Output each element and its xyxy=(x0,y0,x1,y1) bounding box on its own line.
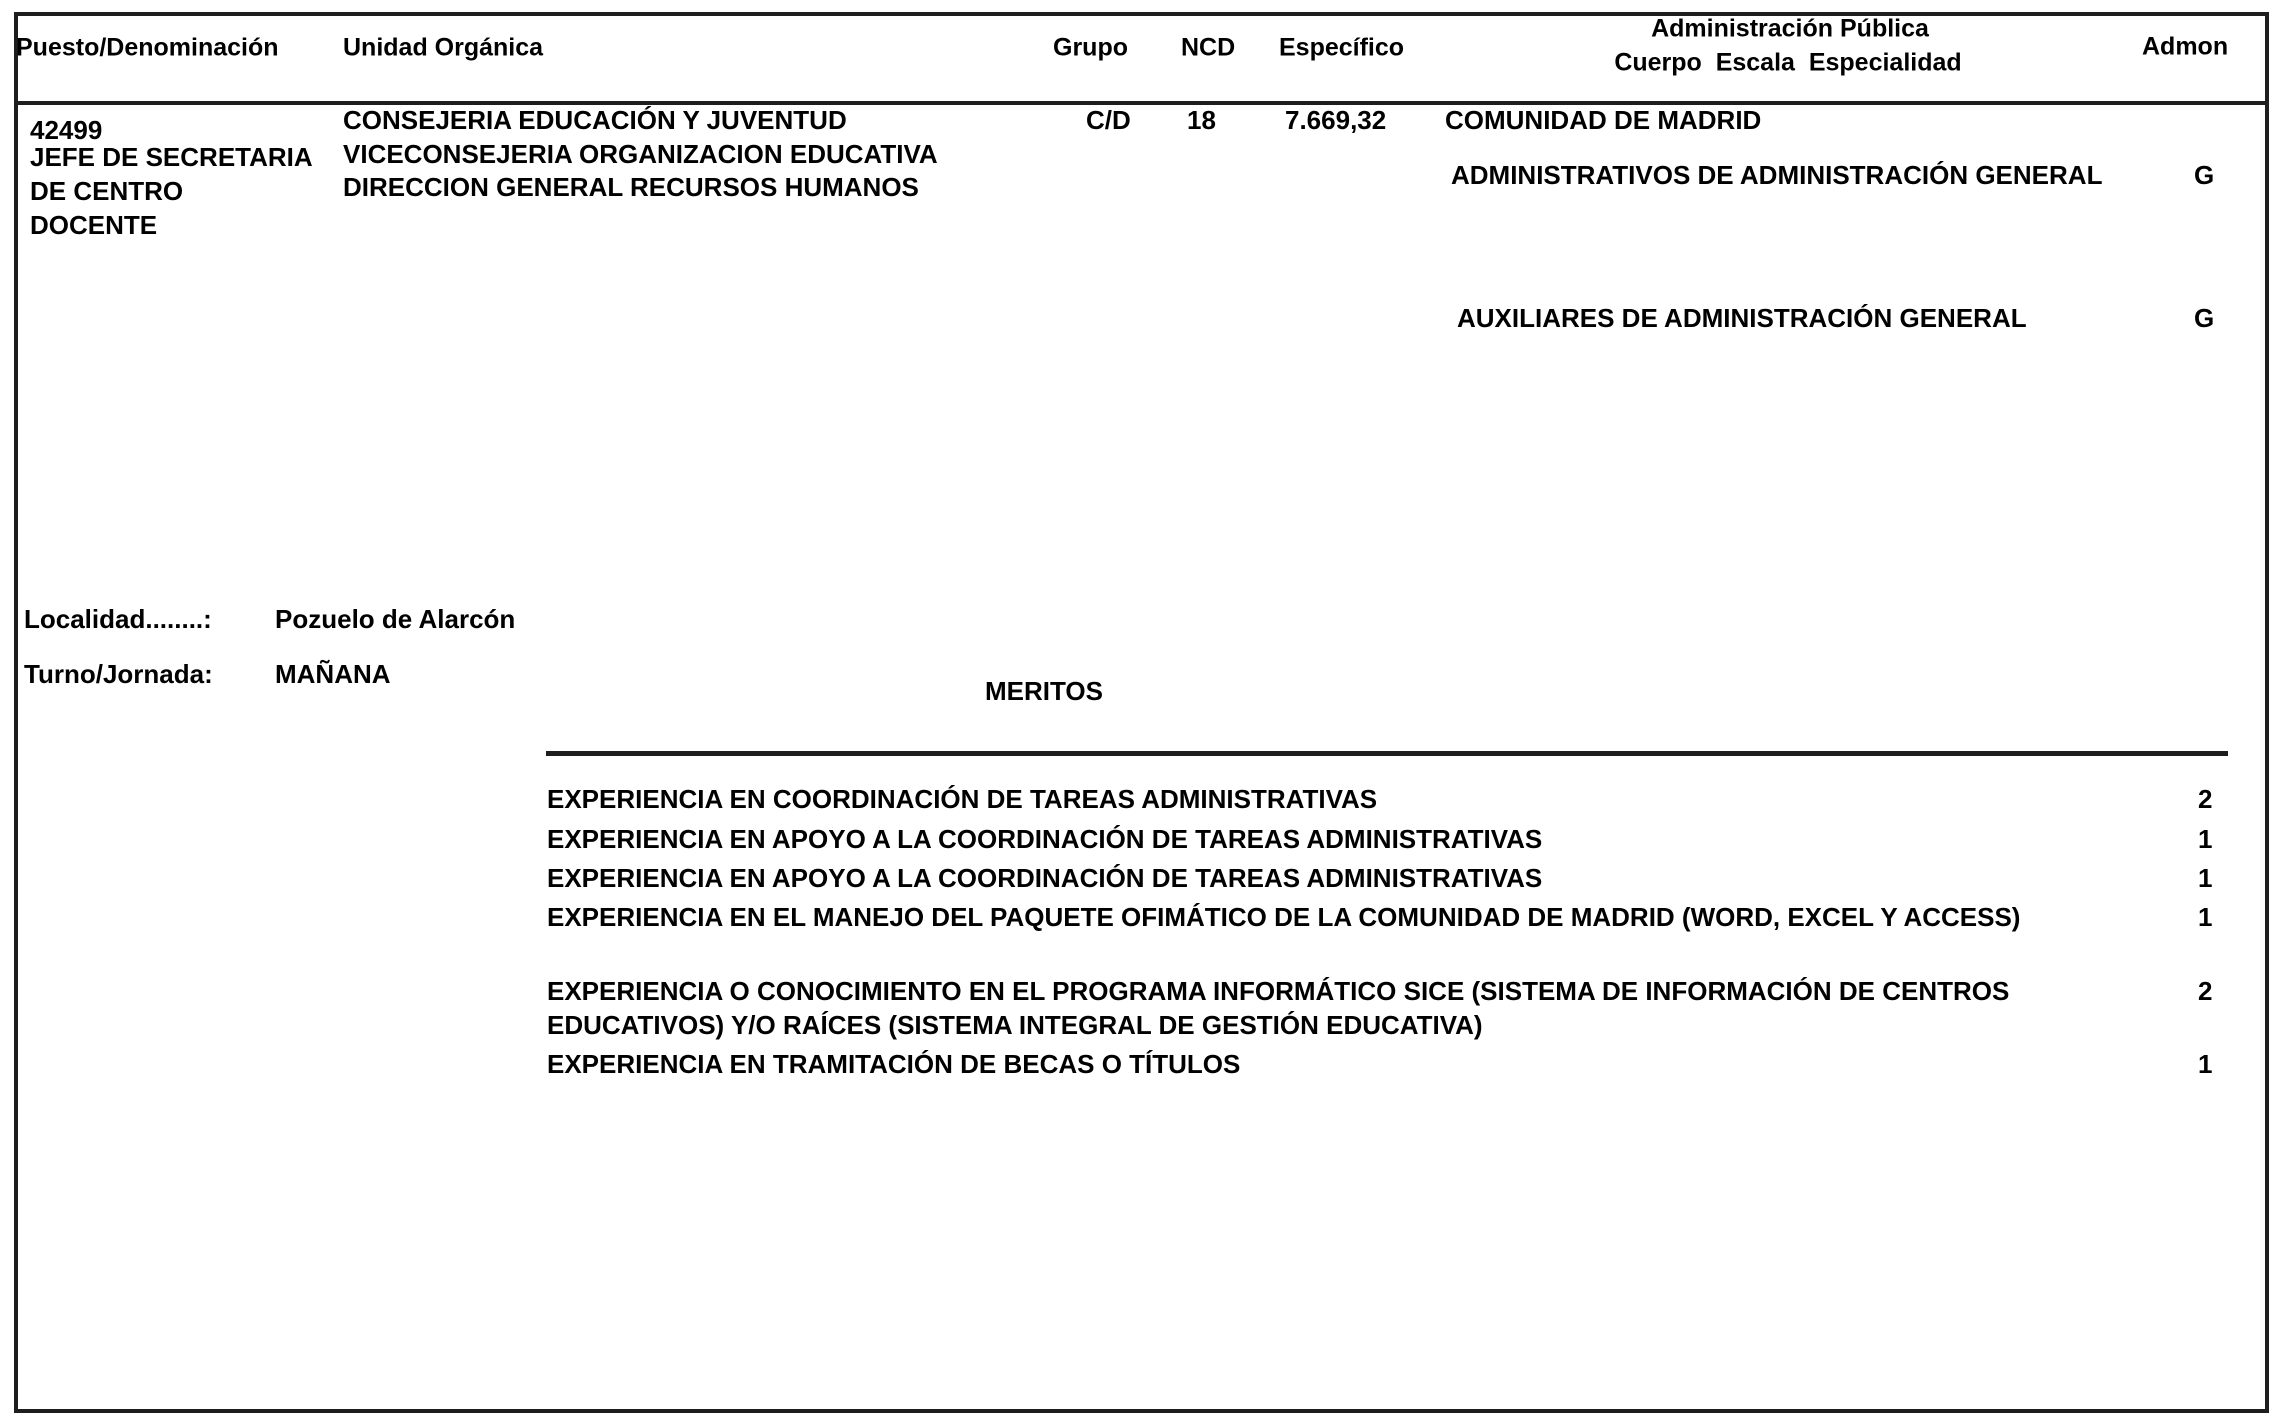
ncd-value: 18 xyxy=(1187,107,1216,133)
merit-item-points: 1 xyxy=(2198,900,2228,934)
header-cuerpo-escala: Cuerpo Escala Especialidad xyxy=(1614,51,1961,76)
especifico-value: 7.669,32 xyxy=(1285,107,1386,133)
unidad-line: VICECONSEJERIA ORGANIZACION EDUCATIVA xyxy=(343,141,938,167)
merit-item-text: EXPERIENCIA EN EL MANEJO DEL PAQUETE OFI… xyxy=(547,900,2077,934)
puesto-denominacion-line: DE CENTRO xyxy=(30,178,183,204)
merit-item-points: 1 xyxy=(2198,1047,2228,1081)
header-ncd: NCD xyxy=(1181,36,1235,61)
cuerpo-admon: G xyxy=(2194,162,2214,188)
meritos-rule xyxy=(546,751,2228,756)
puesto-denominacion-line: JEFE DE SECRETARIA xyxy=(30,144,313,170)
header-administracion-publica: Administración Pública xyxy=(1651,17,1929,42)
administracion-value: COMUNIDAD DE MADRID xyxy=(1445,107,1761,133)
puesto-denominacion-line: DOCENTE xyxy=(30,212,157,238)
localidad-label: Localidad........: xyxy=(24,606,212,632)
document-frame xyxy=(14,12,2269,1413)
cuerpo-name: AUXILIARES DE ADMINISTRACIÓN GENERAL xyxy=(1457,305,2027,331)
merit-item-points: 1 xyxy=(2198,822,2228,856)
cuerpo-name: ADMINISTRATIVOS DE ADMINISTRACIÓN GENERA… xyxy=(1451,162,2102,188)
meritos-title: MERITOS xyxy=(985,678,1103,704)
header-unidad: Unidad Orgánica xyxy=(343,36,543,61)
merit-item-points: 1 xyxy=(2198,861,2228,895)
header-puesto: Puesto/Denominación xyxy=(16,36,279,61)
turno-value: MAÑANA xyxy=(275,661,391,687)
grupo-value: C/D xyxy=(1086,107,1131,133)
merit-item-text: EXPERIENCIA EN TRAMITACIÓN DE BECAS O TÍ… xyxy=(547,1047,2077,1081)
merit-item-points: 2 xyxy=(2198,974,2228,1008)
merit-item-text: EXPERIENCIA EN APOYO A LA COORDINACIÓN D… xyxy=(547,822,2077,856)
unidad-line: DIRECCION GENERAL RECURSOS HUMANOS xyxy=(343,174,919,200)
turno-label: Turno/Jornada: xyxy=(24,661,213,687)
header-admon: Admon xyxy=(2142,35,2228,60)
cuerpo-admon: G xyxy=(2194,305,2214,331)
localidad-value: Pozuelo de Alarcón xyxy=(275,606,515,632)
header-grupo: Grupo xyxy=(1053,36,1128,61)
header-especifico: Específico xyxy=(1279,36,1404,61)
puesto-codigo: 42499 xyxy=(30,117,102,143)
merit-item-text: EXPERIENCIA EN APOYO A LA COORDINACIÓN D… xyxy=(547,861,2077,895)
unidad-line: CONSEJERIA EDUCACIÓN Y JUVENTUD xyxy=(343,107,847,133)
merit-item-text: EXPERIENCIA EN COORDINACIÓN DE TAREAS AD… xyxy=(547,782,2077,816)
merit-item-points: 2 xyxy=(2198,782,2228,816)
merit-item-text: EXPERIENCIA O CONOCIMIENTO EN EL PROGRAM… xyxy=(547,974,2077,1042)
